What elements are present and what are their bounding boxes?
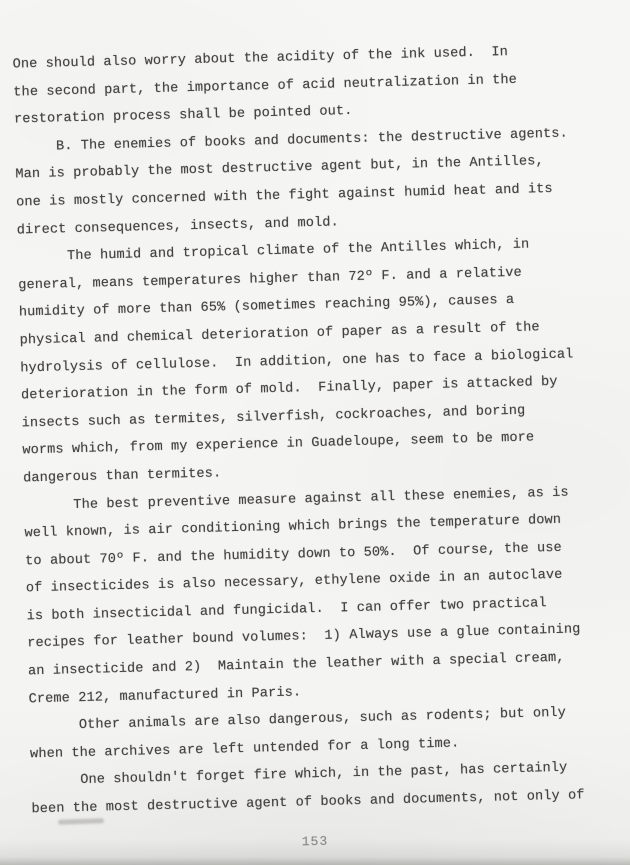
scanned-page: One should also worry about the acidity … [0,0,630,865]
page-number: 153 [0,829,630,855]
scan-bottom-edge [0,857,630,865]
typewritten-text: One should also worry about the acidity … [12,37,617,824]
ink-smudge [58,818,104,825]
